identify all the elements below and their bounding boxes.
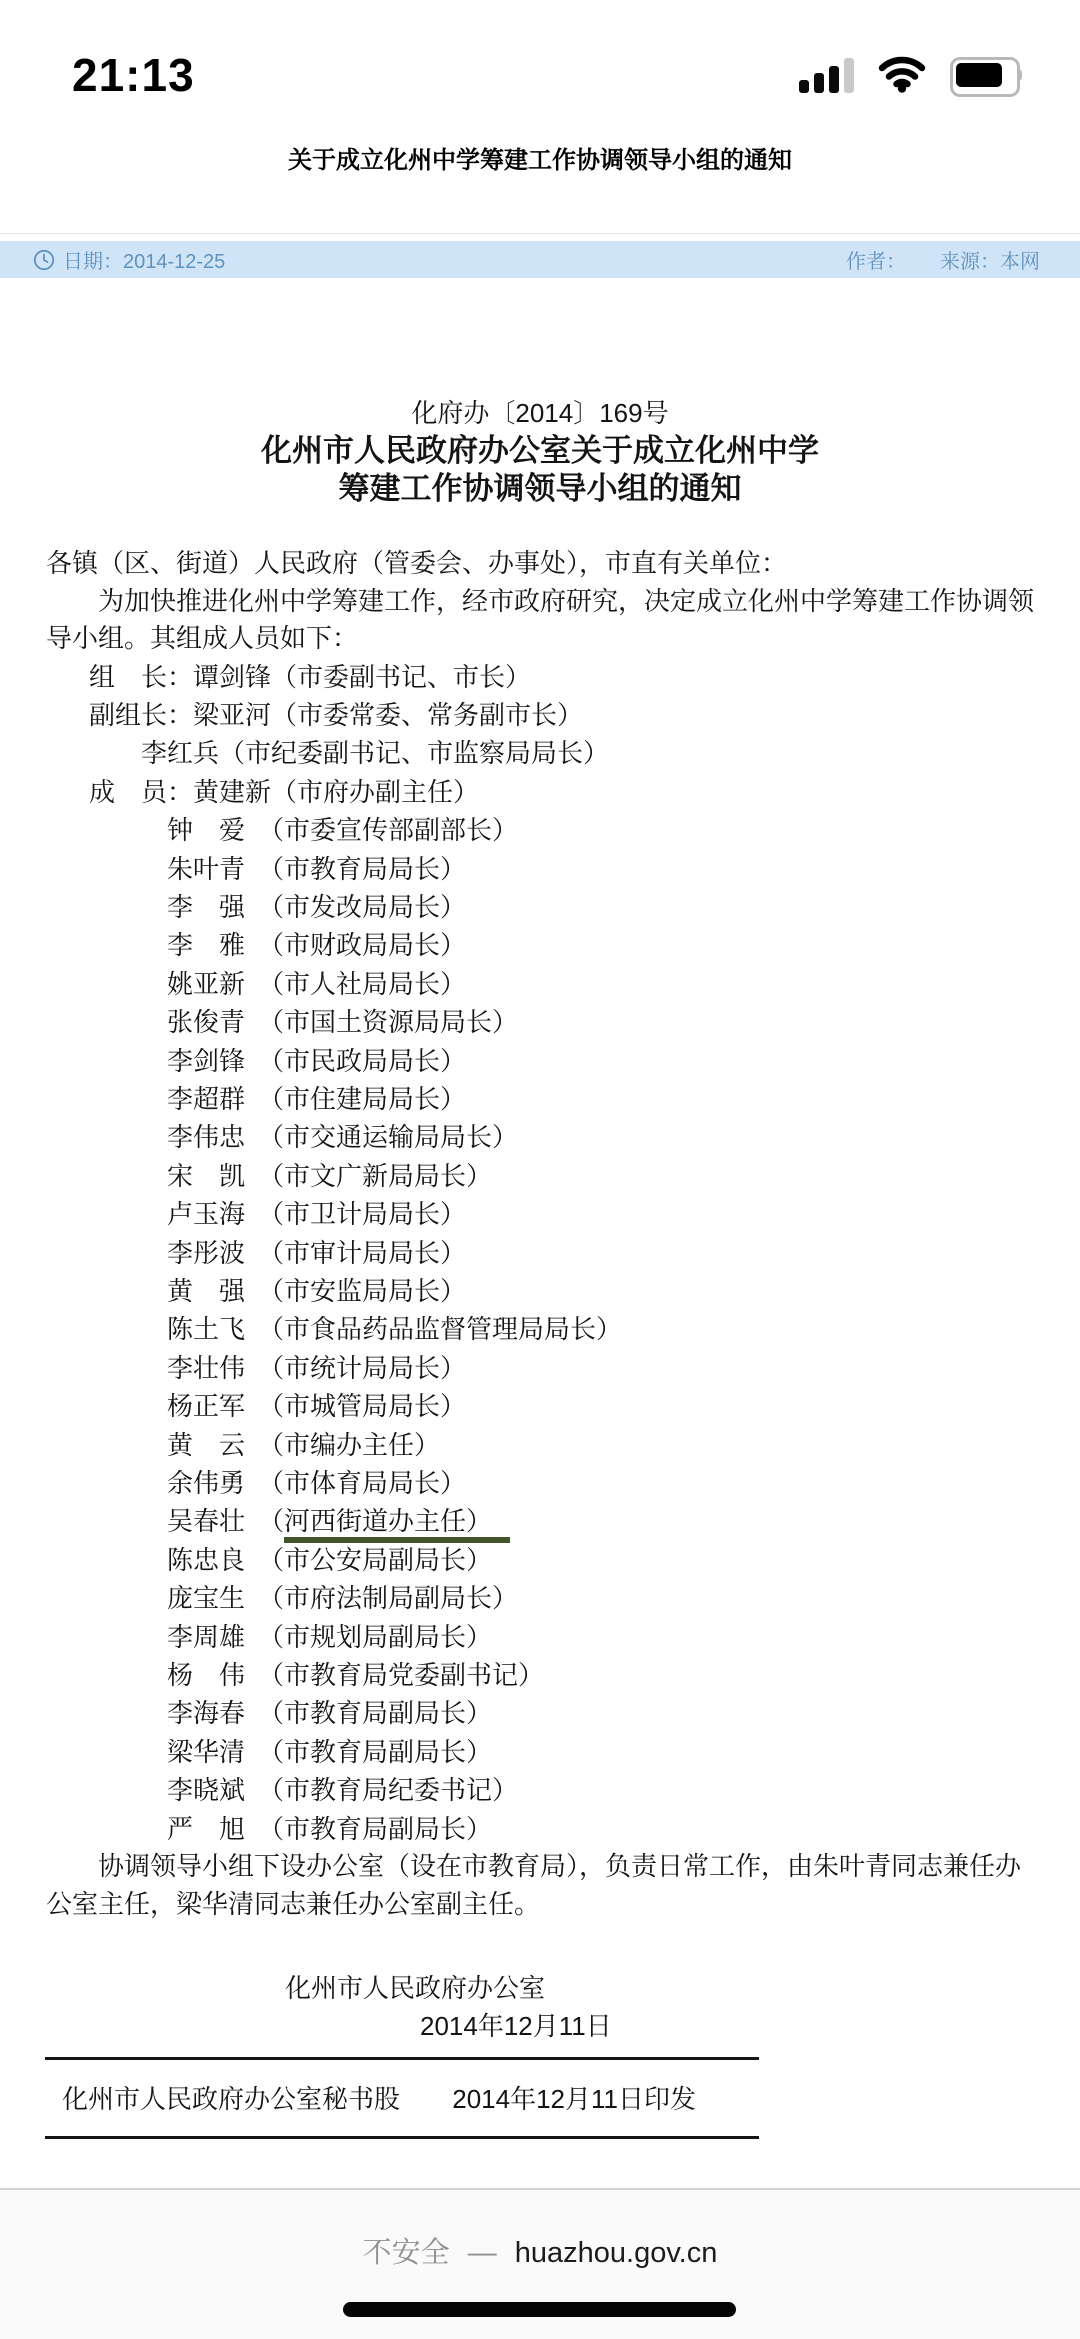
separator-line-top (45, 2057, 759, 2060)
member-row: 钟 爱 （市委宣传部副部长） (89, 811, 1080, 849)
member-row: 陈忠良 （市公安局副局长） (89, 1541, 1080, 1579)
doc-title: 化州市人民政府办公室关于成立化州中学 筹建工作协调领导小组的通知 (0, 432, 1080, 508)
url-separator: — (468, 2237, 497, 2269)
page-title: 关于成立化州中学筹建工作协调领导小组的通知 (0, 140, 1080, 175)
signer-name: 化州市人民政府办公室 (0, 1969, 1080, 2007)
status-time: 21:13 (72, 48, 195, 102)
member-row: 副组长：梁亚河（市委常委、常务副市长） (89, 696, 1080, 734)
meta-author-source: 作者： 来源：本网 (846, 245, 1040, 274)
security-label: 不安全 (363, 2237, 450, 2269)
member-row: 姚亚新 （市人社局局长） (89, 965, 1080, 1003)
member-row: 朱叶青 （市教育局局长） (89, 850, 1080, 888)
document-body: 化府办〔2014〕169号 化州市人民政府办公室关于成立化州中学 筹建工作协调领… (0, 380, 1080, 2139)
member-row: 李晓斌 （市教育局纪委书记） (89, 1771, 1080, 1809)
member-row: 吴春壮 （河西街道办主任） (89, 1502, 1080, 1540)
signature-date: 2014年12月11日 (0, 2007, 1080, 2045)
member-row: 陈土飞 （市食品药品监督管理局局长） (89, 1310, 1080, 1348)
iphone-safari-screen: 21:13 关于成立化州中学筹建工作协调领导小组的通知 (0, 0, 1080, 2339)
member-row: 张俊青 （市国土资源局局长） (89, 1003, 1080, 1041)
separator-line-bottom (45, 2136, 759, 2139)
member-row: 黄 强 （市安监局局长） (89, 1272, 1080, 1310)
signature-block: 化州市人民政府办公室 2014年12月11日 (0, 1969, 1080, 2045)
member-row: 组 长：谭剑锋（市委副书记、市长） (89, 658, 1080, 696)
salutation: 各镇（区、街道）人民政府（管委会、办事处），市直有关单位： (0, 545, 1080, 583)
member-row: 李 雅 （市财政局局长） (89, 926, 1080, 964)
author-label: 作者： (846, 245, 906, 274)
clock-icon (33, 249, 55, 271)
meta-bar: 日期：2014-12-25 作者： 来源：本网 (0, 241, 1080, 278)
cellular-signal-icon (799, 57, 854, 93)
member-row: 李剑锋 （市民政局局长） (89, 1042, 1080, 1080)
member-row: 梁华清 （市教育局副局长） (89, 1733, 1080, 1771)
date-label: 日期：2014-12-25 (63, 245, 225, 274)
member-row: 严 旭 （市教育局副局长） (89, 1810, 1080, 1848)
home-indicator[interactable] (343, 2302, 736, 2317)
member-row: 李彤波 （市审计局局长） (89, 1234, 1080, 1272)
doc-title-line1: 化州市人民政府办公室关于成立化州中学 (261, 433, 819, 468)
member-row: 杨 伟 （市教育局党委副书记） (89, 1656, 1080, 1694)
member-row: 杨正军 （市城管局局长） (89, 1387, 1080, 1425)
member-row: 李周雄 （市规划局副局长） (89, 1618, 1080, 1656)
member-row: 余伟勇 （市体育局局长） (89, 1464, 1080, 1502)
meta-date: 日期：2014-12-25 (33, 245, 225, 274)
header-divider (0, 233, 1080, 234)
member-list: 组 长：谭剑锋（市委副书记、市长）副组长：梁亚河（市委常委、常务副市长） 李红兵… (0, 658, 1080, 1849)
underlined-text: 河西街道办主任） (284, 1506, 510, 1543)
issue-office: 化州市人民政府办公室秘书股 (62, 2084, 400, 2114)
safari-bottom-bar: 不安全 — huazhou.gov.cn (0, 2188, 1080, 2339)
source-label: 来源：本网 (940, 245, 1040, 274)
address-bar[interactable]: 不安全 — huazhou.gov.cn (0, 2230, 1080, 2271)
member-row: 黄 云 （市编办主任） (89, 1426, 1080, 1464)
member-row: 李超群 （市住建局局长） (89, 1080, 1080, 1118)
member-row: 庞宝生 （市府法制局副局长） (89, 1579, 1080, 1617)
issue-date: 2014年12月11日印发 (452, 2080, 696, 2118)
member-row: 卢玉海 （市卫计局局长） (89, 1195, 1080, 1233)
wifi-icon (876, 53, 928, 98)
status-icons (799, 40, 1024, 110)
member-row: 李 强 （市发改局局长） (89, 888, 1080, 926)
issue-row: 化州市人民政府办公室秘书股 2014年12月11日印发 (0, 2080, 1080, 2118)
member-row: 李红兵（市纪委副书记、市监察局局长） (89, 734, 1080, 772)
doc-title-line2: 筹建工作协调领导小组的通知 (339, 471, 742, 506)
member-row: 李海春 （市教育局副局长） (89, 1694, 1080, 1732)
doc-number: 化府办〔2014〕169号 (0, 380, 1080, 432)
member-row: 李壮伟 （市统计局局长） (89, 1349, 1080, 1387)
member-row: 成 员：黄建新（市府办副主任） (89, 773, 1080, 811)
battery-icon (950, 57, 1024, 93)
member-row: 宋 凯 （市文广新局局长） (89, 1157, 1080, 1195)
closing-paragraph: 协调领导小组下设办公室（设在市教育局），负责日常工作，由朱叶青同志兼任办公室主任… (0, 1848, 1080, 1923)
intro-paragraph: 为加快推进化州中学筹建工作，经市政府研究，决定成立化州中学筹建工作协调领导小组。… (0, 583, 1080, 658)
url-host: huazhou.gov.cn (515, 2237, 718, 2269)
status-bar: 21:13 (0, 40, 1080, 110)
member-row: 李伟忠 （市交通运输局局长） (89, 1118, 1080, 1156)
